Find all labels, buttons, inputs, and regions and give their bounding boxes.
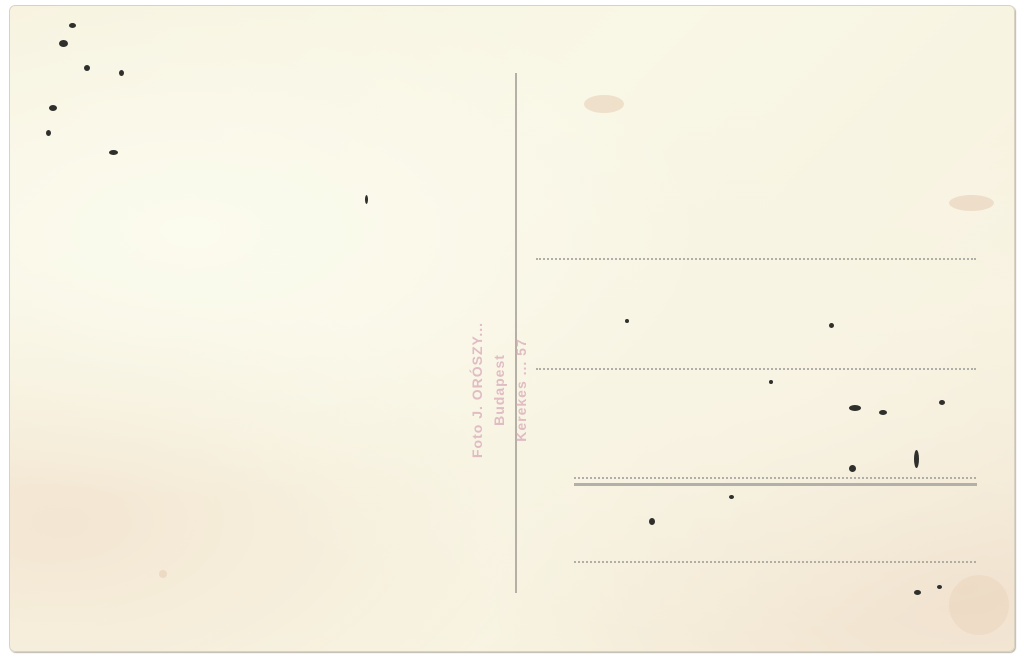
stain-mark [879,410,887,415]
stain-mark [625,319,629,323]
stain-mark [119,70,124,76]
stain-mark [84,65,90,71]
stain-mark [109,150,118,155]
discoloration [949,575,1009,635]
address-line-4 [574,561,976,563]
stain-mark [729,495,734,499]
stain-mark [914,590,921,595]
stain-mark [49,105,57,111]
stain-mark [649,518,655,525]
imprint-line-1: Foto J. ORÓSZY... [466,322,488,458]
stain-mark [69,23,76,28]
imprint-line-3: Kerekes ... 57 [510,322,532,458]
stain-mark [46,130,51,136]
imprint-line-2: Budapest [488,322,510,458]
stain-mark [849,465,856,472]
stain-mark [937,585,942,589]
stain-mark [365,195,368,204]
discoloration [584,95,624,113]
stain-mark [769,380,773,384]
stain-mark [939,400,945,405]
address-line-2 [536,368,976,370]
address-line-3-underline [574,483,977,486]
address-line-3 [574,477,976,479]
discoloration [949,195,994,211]
address-line-1 [536,258,976,260]
stain-mark [849,405,861,411]
stain-mark [59,40,68,47]
stain-mark [829,323,834,328]
postcard-back: Foto J. ORÓSZY... Budapest Kerekes ... 5… [9,5,1015,652]
stain-mark [914,450,919,468]
discoloration [159,570,167,578]
photographer-imprint: Foto J. ORÓSZY... Budapest Kerekes ... 5… [466,322,532,458]
